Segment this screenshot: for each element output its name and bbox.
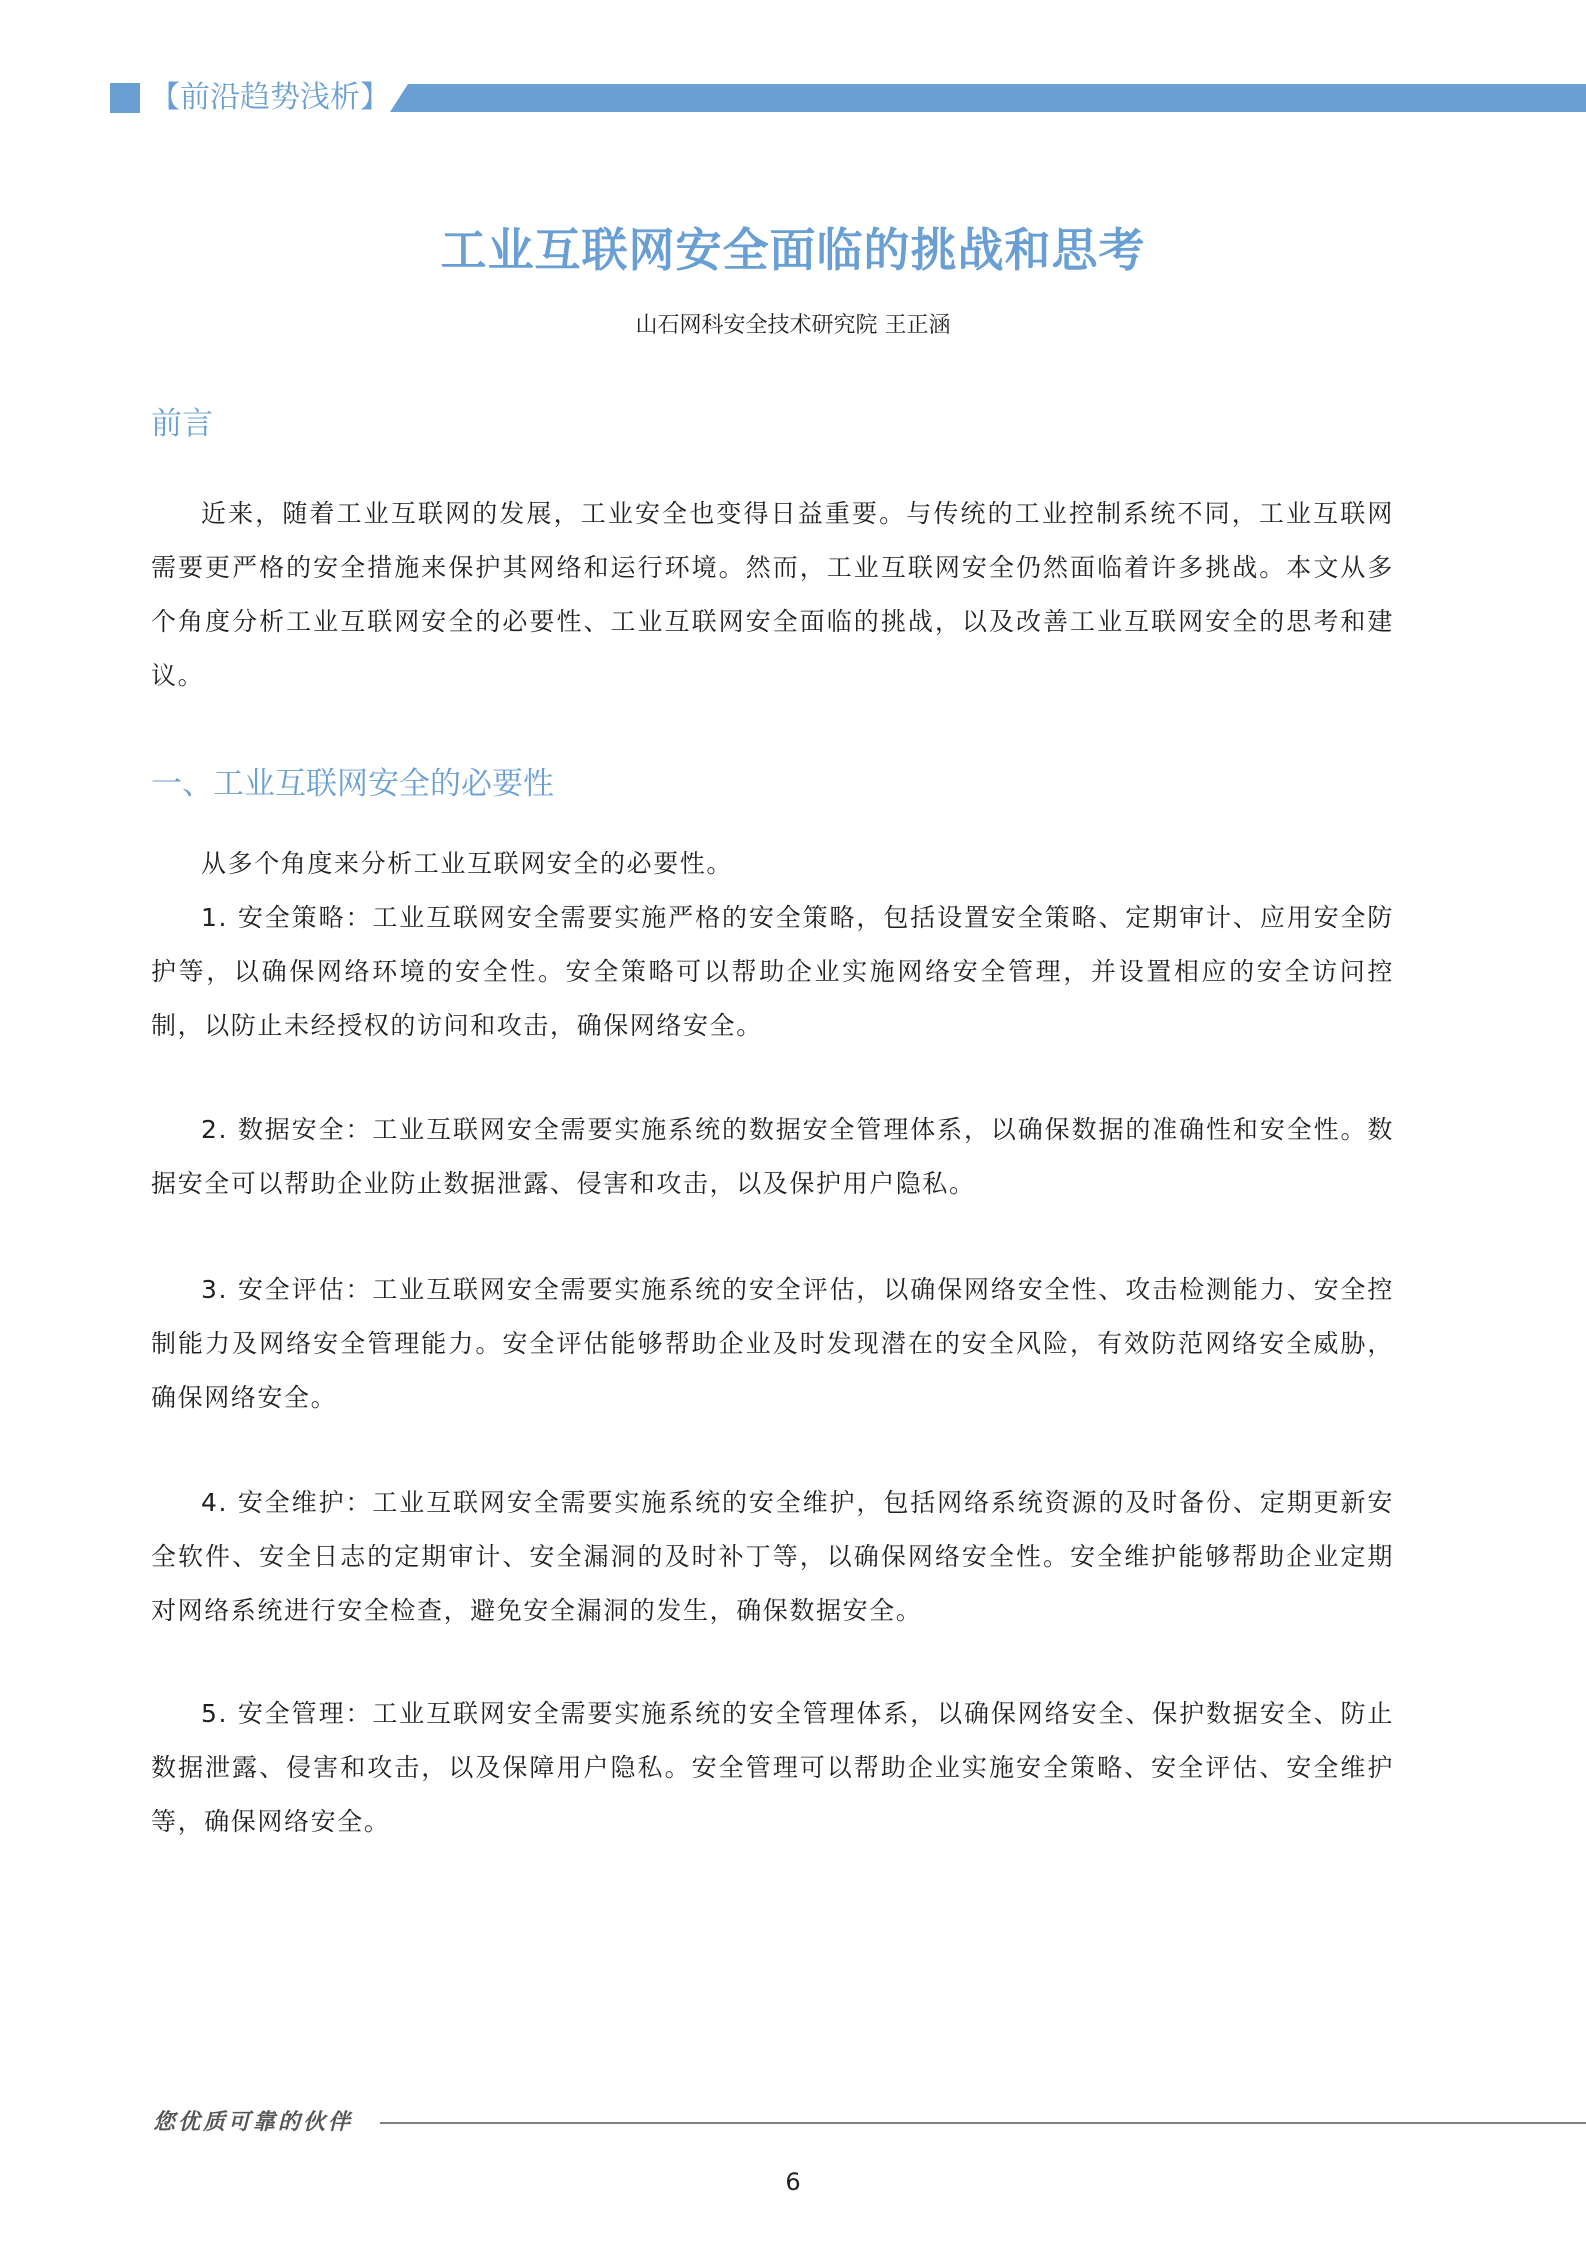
list-item-security-policy: 1. 安全策略：工业互联网安全需要实施严格的安全策略，包括设置安全策略、定期审计…: [151, 891, 1394, 1053]
section-tag: 【前沿趋势浅析】: [150, 78, 390, 118]
page-number: 6: [0, 2166, 1586, 2198]
section1-item-3-block: 3. 安全评估：工业互联网安全需要实施系统的安全评估，以确保网络安全性、攻击检测…: [151, 1263, 1394, 1425]
list-item-security-assessment: 3. 安全评估：工业互联网安全需要实施系统的安全评估，以确保网络安全性、攻击检测…: [151, 1263, 1394, 1425]
header-square-marker: [110, 83, 140, 113]
section1-body: 从多个角度来分析工业互联网安全的必要性。 1. 安全策略：工业互联网安全需要实施…: [151, 837, 1394, 1053]
list-item-security-management: 5. 安全管理：工业互联网安全需要实施系统的安全管理体系，以确保网络安全、保护数…: [151, 1687, 1394, 1849]
footer-tagline: 您优质可靠的伙伴: [153, 2106, 353, 2138]
section-heading-necessity: 一、工业互联网安全的必要性: [151, 764, 554, 804]
footer-divider: [380, 2122, 1586, 2124]
preface-body: 近来，随着工业互联网的发展，工业安全也变得日益重要。与传统的工业控制系统不同，工…: [151, 487, 1394, 703]
section1-intro: 从多个角度来分析工业互联网安全的必要性。: [151, 837, 1394, 891]
article-byline: 山石网科安全技术研究院 王正涵: [0, 310, 1586, 342]
header-accent-bar: [390, 84, 1586, 112]
preface-heading: 前言: [151, 404, 213, 444]
list-item-security-maintenance: 4. 安全维护：工业互联网安全需要实施系统的安全维护，包括网络系统资源的及时备份…: [151, 1476, 1394, 1638]
section1-item-4-block: 4. 安全维护：工业互联网安全需要实施系统的安全维护，包括网络系统资源的及时备份…: [151, 1476, 1394, 1638]
section1-item-5-block: 5. 安全管理：工业互联网安全需要实施系统的安全管理体系，以确保网络安全、保护数…: [151, 1687, 1394, 1849]
article-title: 工业互联网安全面临的挑战和思考: [0, 222, 1586, 278]
preface-paragraph: 近来，随着工业互联网的发展，工业安全也变得日益重要。与传统的工业控制系统不同，工…: [151, 487, 1394, 703]
list-item-data-security: 2. 数据安全：工业互联网安全需要实施系统的数据安全管理体系，以确保数据的准确性…: [151, 1103, 1394, 1211]
section1-item-2-block: 2. 数据安全：工业互联网安全需要实施系统的数据安全管理体系，以确保数据的准确性…: [151, 1103, 1394, 1211]
